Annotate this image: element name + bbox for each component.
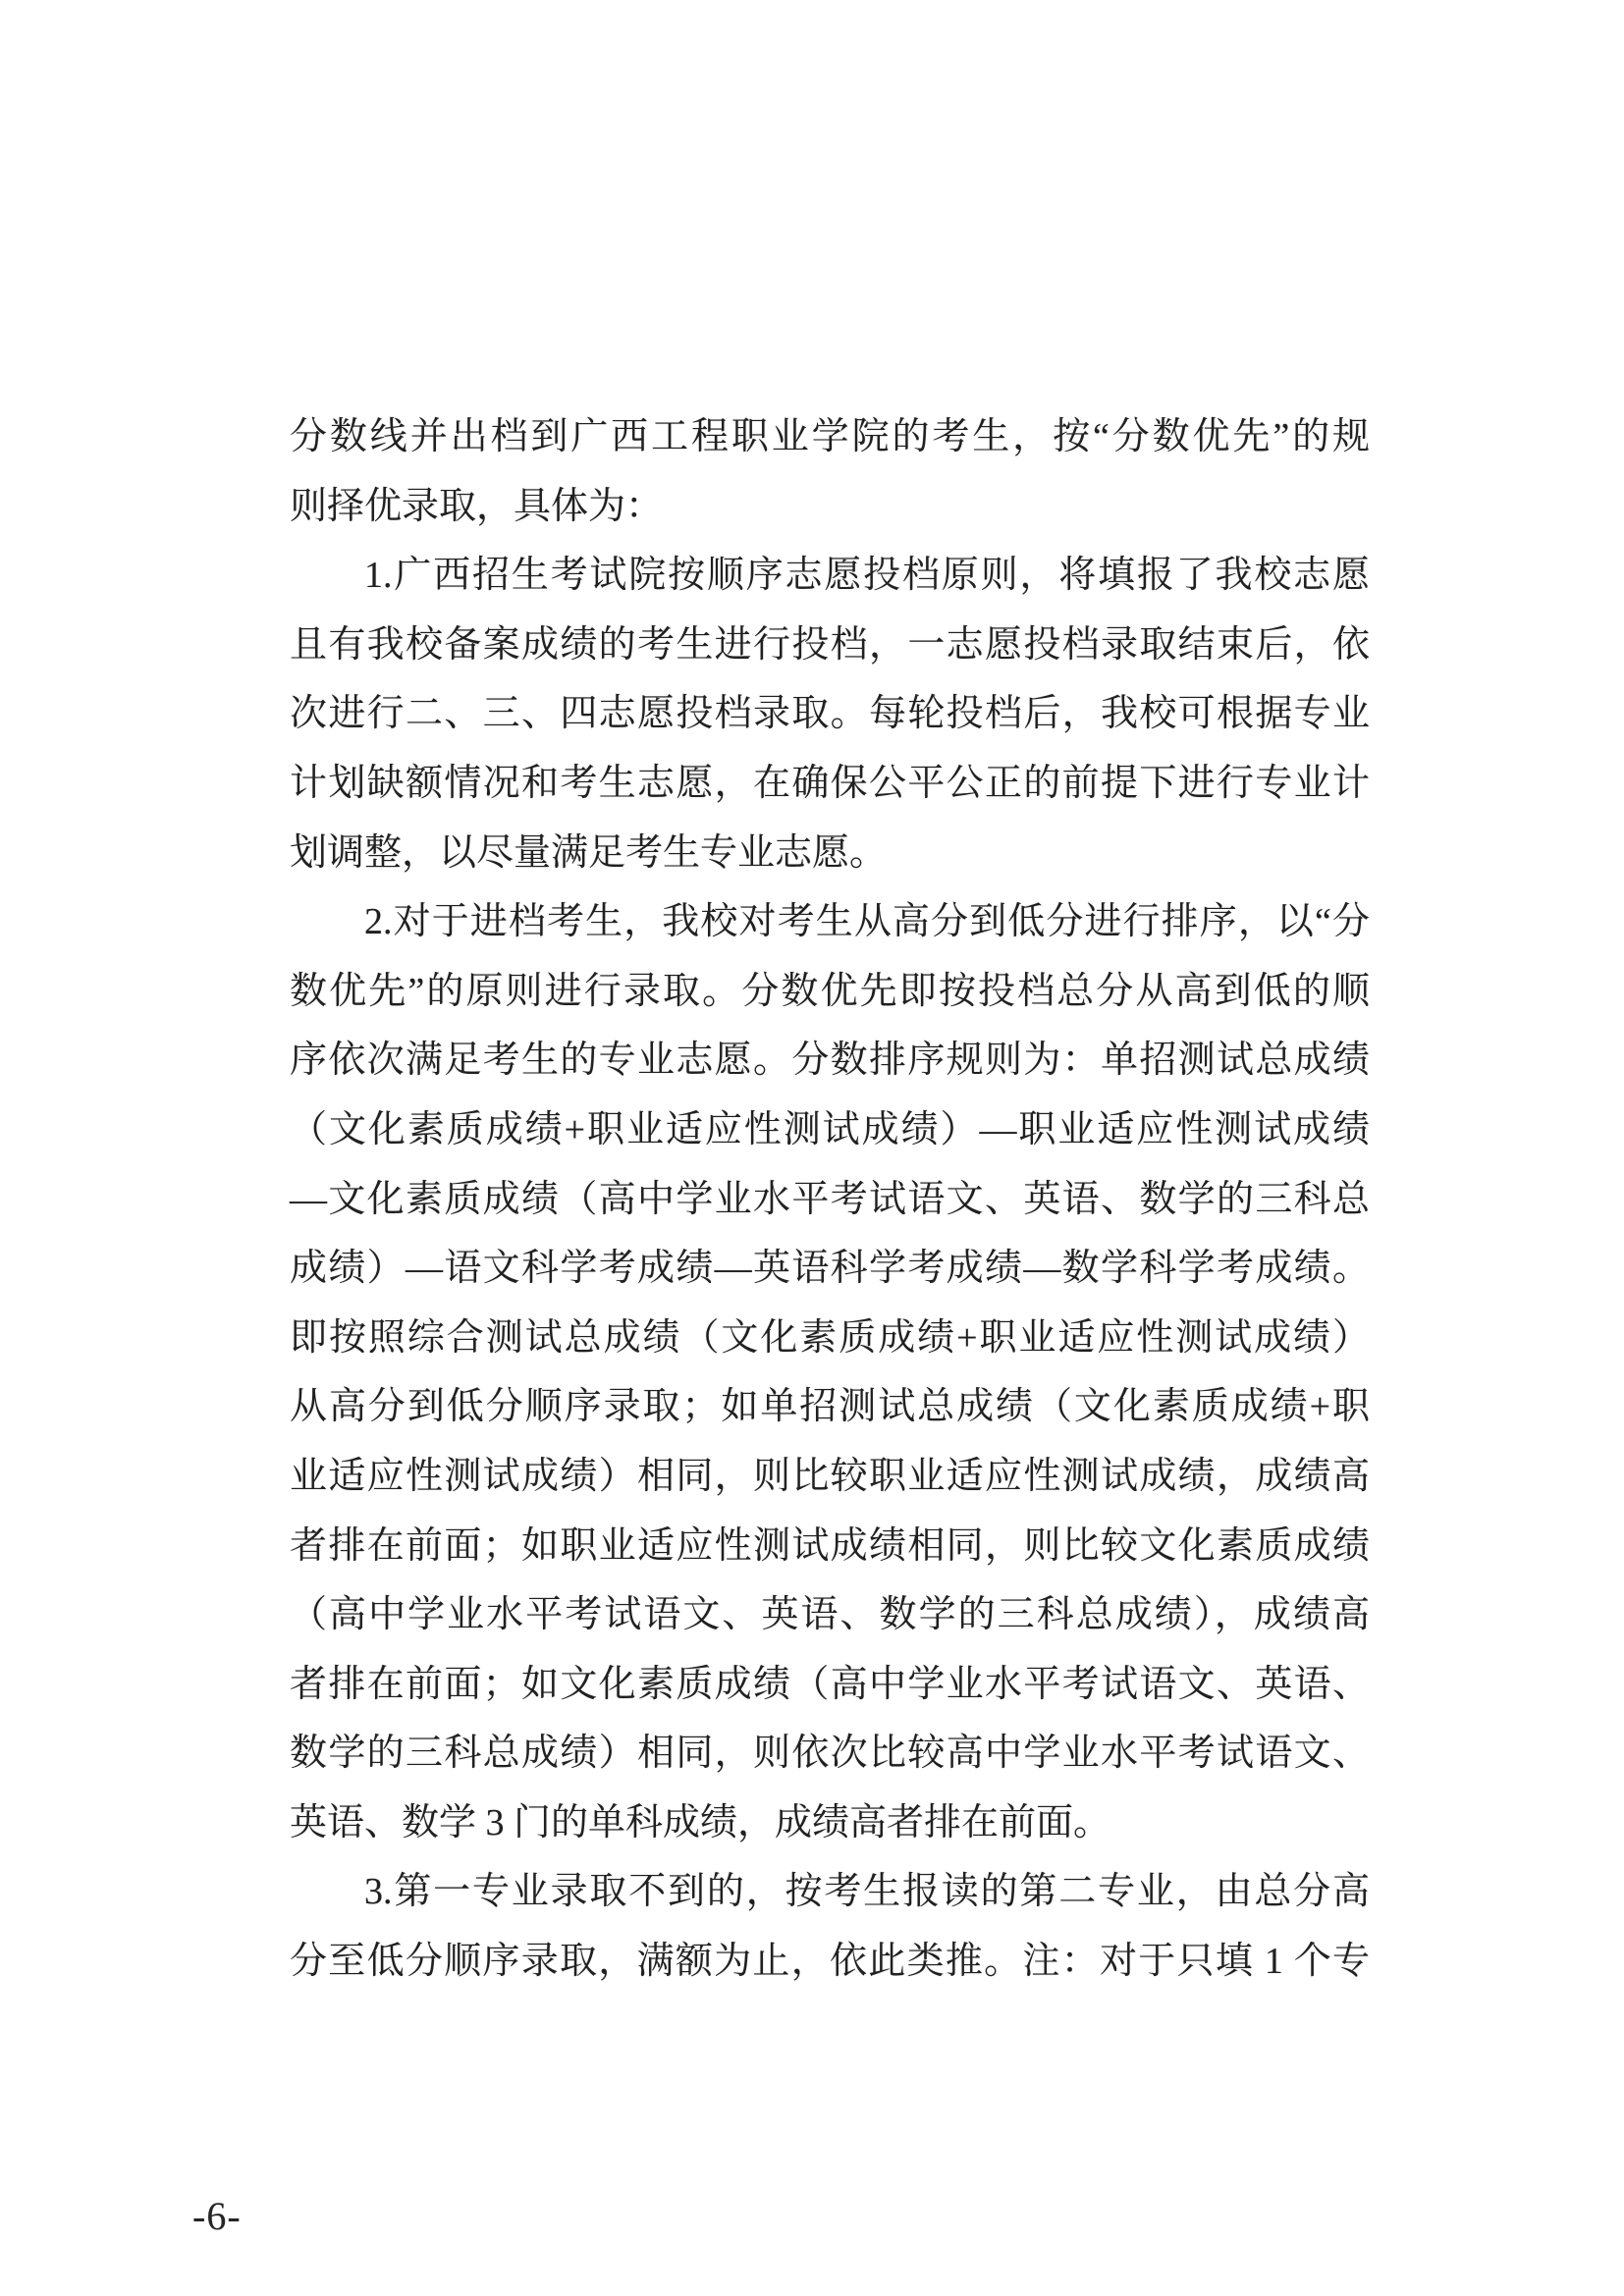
text-line: 1.广西招生考试院按顺序志愿投档原则，将填报了我校志愿: [290, 541, 1370, 611]
text-line: 且有我校备案成绩的考生进行投档，一志愿投档录取结束后，依: [290, 611, 1370, 680]
text-line: 业适应性测试成绩）相同，则比较职业适应性测试成绩，成绩高: [290, 1442, 1370, 1512]
text-line: 则择优录取，具体为：: [290, 472, 1370, 542]
document-page: 分数线并出档到广西工程职业学院的考生，按“分数优先”的规则择优录取，具体为：1.…: [0, 0, 1624, 2296]
text-line: 2.对于进档考生，我校对考生从高分到低分进行排序，以“分: [290, 887, 1370, 957]
text-line: 分至低分顺序录取，满额为止，依此类推。注：对于只填 1 个专: [290, 1927, 1370, 1997]
text-line: 分数线并出档到广西工程职业学院的考生，按“分数优先”的规: [290, 402, 1370, 472]
text-line: 数优先”的原则进行录取。分数优先即按投档总分从高到低的顺: [290, 957, 1370, 1027]
document-body: 分数线并出档到广西工程职业学院的考生，按“分数优先”的规则择优录取，具体为：1.…: [290, 402, 1370, 1997]
text-line: （高中学业水平考试语文、英语、数学的三科总成绩），成绩高: [290, 1580, 1370, 1650]
text-line: 数学的三科总成绩）相同，则依次比较高中学业水平考试语文、: [290, 1719, 1370, 1789]
text-line: 者排在前面；如职业适应性测试成绩相同，则比较文化素质成绩: [290, 1512, 1370, 1581]
text-line: 者排在前面；如文化素质成绩（高中学业水平考试语文、英语、: [290, 1650, 1370, 1720]
text-line: 即按照综合测试总成绩（文化素质成绩+职业适应性测试成绩）: [290, 1304, 1370, 1373]
page-number: -6-: [192, 2193, 242, 2239]
text-line: 英语、数学 3 门的单科成绩，成绩高者排在前面。: [290, 1789, 1370, 1858]
text-line: 计划缺额情况和考生志愿，在确保公平公正的前提下进行专业计: [290, 749, 1370, 819]
text-line: 次进行二、三、四志愿投档录取。每轮投档后，我校可根据专业: [290, 679, 1370, 749]
text-line: 成绩）—语文科学考成绩—英语科学考成绩—数学科学考成绩。: [290, 1234, 1370, 1304]
text-line: —文化素质成绩（高中学业水平考试语文、英语、数学的三科总: [290, 1165, 1370, 1235]
text-line: 划调整，以尽量满足考生专业志愿。: [290, 819, 1370, 888]
text-line: 序依次满足考生的专业志愿。分数排序规则为：单招测试总成绩: [290, 1026, 1370, 1095]
text-line: 从高分到低分顺序录取；如单招测试总成绩（文化素质成绩+职: [290, 1372, 1370, 1442]
text-line: （文化素质成绩+职业适应性测试成绩）—职业适应性测试成绩: [290, 1095, 1370, 1165]
text-line: 3.第一专业录取不到的，按考生报读的第二专业，由总分高: [290, 1857, 1370, 1927]
